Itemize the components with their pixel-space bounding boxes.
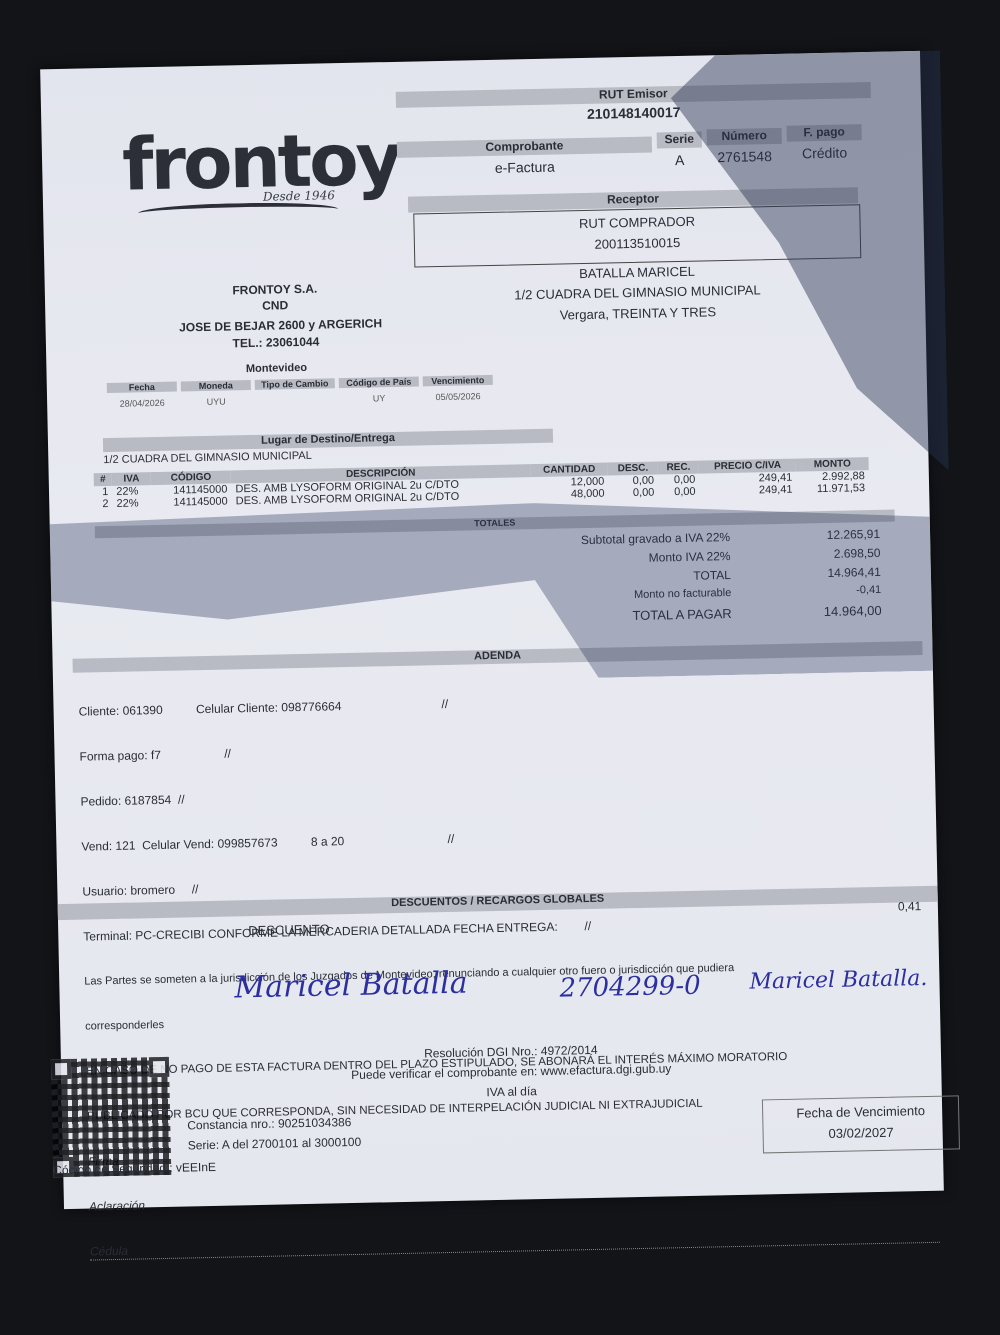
comprobante-value: e-Factura	[397, 157, 652, 178]
invoice-paper: frontoy Desde 1946 RUT Emisor 2101481400…	[40, 51, 944, 1209]
info-value-row: 28/04/2026 UYU UY 05/05/2026	[107, 391, 493, 409]
emisor-phone: TEL.: 23061044	[156, 333, 396, 352]
info-moneda: UYU	[181, 396, 251, 407]
cedula-label: Cédula	[90, 1227, 940, 1261]
cell: 48,000	[531, 488, 609, 502]
totales-row-value: 14.964,00	[762, 603, 882, 625]
serie-value: A	[657, 151, 702, 168]
comprobante-label: Comprobante	[397, 137, 652, 158]
fecha-vencimiento-label: Fecha de Vencimiento	[763, 1102, 958, 1121]
adenda-line: Cliente: 061390 Celular Cliente: 0987766…	[78, 687, 928, 720]
totales-row-value: 14.964,41	[761, 565, 881, 587]
info-tipo-cambio	[255, 394, 335, 406]
info-pais: UY	[339, 392, 419, 404]
cell: 0,00	[658, 474, 699, 487]
totales-block: Subtotal gravado a IVA 22% 12.265,91 Mon…	[480, 527, 882, 630]
frontoy-logo: frontoy	[121, 117, 400, 207]
cell: 11.971,53	[796, 482, 869, 496]
cell: 22%	[112, 497, 151, 510]
col-desc: DESC.	[608, 461, 658, 475]
adenda-line: corresponderles	[85, 1002, 935, 1035]
items-table: # IVA CÓDIGO DESCRIPCIÓN CANTIDAD DESC. …	[94, 457, 870, 510]
cell: 0,00	[608, 474, 658, 487]
cell: 2	[94, 498, 112, 510]
totales-row-value: 2.698,50	[760, 546, 880, 568]
cell: 1	[94, 486, 112, 498]
adenda-line: Forma pago: f7 //	[79, 732, 929, 765]
fpago-value: Crédito	[787, 144, 862, 162]
qr-code-icon	[51, 1057, 171, 1177]
destino-value: 1/2 CUADRA DEL GIMNASIO MUNICIPAL	[103, 450, 312, 466]
fpago-label: F. pago	[787, 124, 862, 142]
info-header-row: Fecha Moneda Tipo de Cambio Código de Pa…	[107, 375, 493, 393]
info-vencimiento: 05/05/2026	[423, 391, 493, 402]
col-rec: REC.	[658, 461, 699, 475]
descuento-item-label: DESCUENTO	[248, 921, 330, 938]
cell: 249,41	[699, 484, 796, 498]
cell: 0,00	[658, 486, 699, 499]
info-header: Tipo de Cambio	[255, 378, 335, 390]
info-header: Código de País	[339, 376, 419, 388]
receptor-address: 1/2 CUADRA DEL GIMNASIO MUNICIPAL	[410, 280, 865, 305]
logo-tagline: Desde 1946	[263, 188, 335, 204]
adenda-line: Pedido: 6187854 //	[80, 777, 930, 810]
adenda-line: Vend: 121 Celular Vend: 099857673 8 a 20…	[81, 822, 931, 855]
info-header: Vencimiento	[423, 375, 493, 386]
cell: 22%	[112, 485, 151, 498]
destino-label: Lugar de Destino/Entrega	[103, 429, 553, 452]
numero-label: Número	[707, 128, 782, 146]
fecha-vencimiento-value: 03/02/2027	[763, 1123, 958, 1142]
handwritten-aclaracion: Maricel Batalla.	[749, 966, 927, 995]
emisor-cnd: CND	[155, 296, 395, 315]
descuento-item-value: 0,41	[898, 899, 922, 913]
handwritten-cedula: 2704299-0	[559, 971, 701, 1004]
info-fecha: 28/04/2026	[107, 398, 177, 409]
serie-label: Serie	[657, 132, 702, 149]
rut-comprador-box: RUT COMPRADOR 200113510015	[413, 204, 861, 267]
cell: 0,00	[608, 486, 658, 499]
aclaracion-label: Aclaración	[89, 1182, 939, 1215]
totales-row-value: 12.265,91	[760, 527, 880, 549]
handwritten-signature: Maricel Batalla	[234, 966, 468, 1006]
receptor-city: Vergara, TREINTA Y TRES	[410, 301, 865, 326]
fecha-vencimiento-box: Fecha de Vencimiento 03/02/2027	[762, 1095, 960, 1153]
info-header: Moneda	[181, 380, 251, 391]
col-num: #	[94, 473, 113, 486]
totales-row-value: -0,41	[761, 584, 881, 606]
col-iva: IVA	[112, 472, 151, 486]
totales-row-label: TOTAL A PAGAR	[482, 606, 732, 630]
cell: 141145000	[151, 495, 232, 509]
emisor-address: JOSE DE BEJAR 2600 y ARGERICH	[145, 316, 415, 336]
rut-comprador-label: RUT COMPRADOR	[414, 210, 859, 234]
numero-value: 2761548	[707, 148, 782, 166]
emisor-city: Montevideo	[156, 360, 396, 377]
info-header: Fecha	[107, 382, 177, 393]
rut-comprador-value: 200113510015	[415, 231, 860, 255]
